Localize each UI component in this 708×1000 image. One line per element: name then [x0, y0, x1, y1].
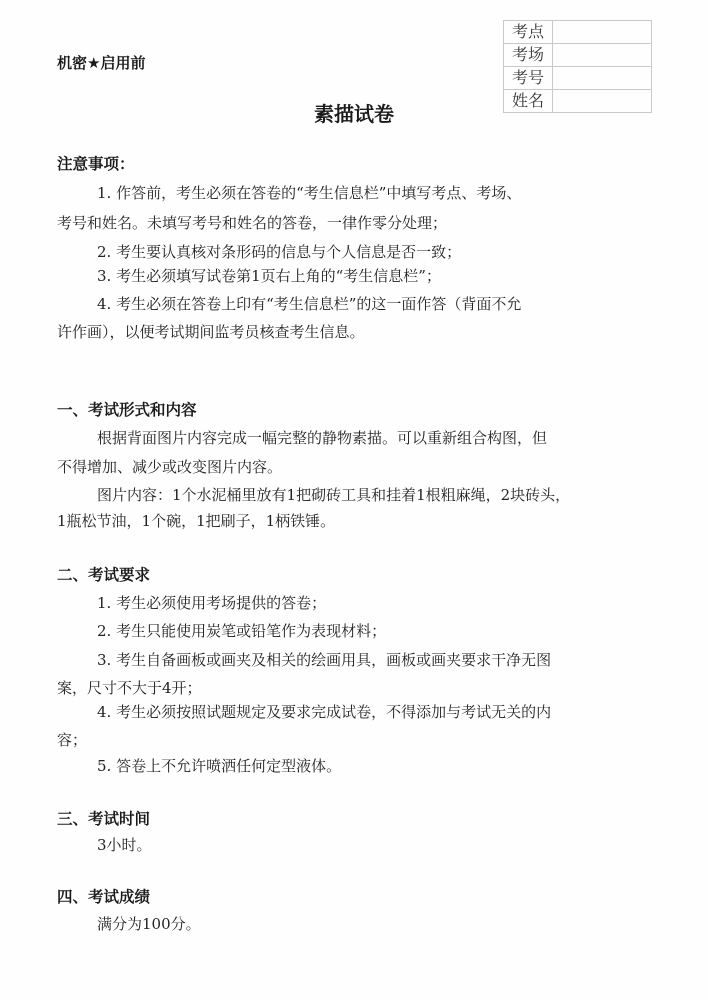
confidential-mark: 机密★启用前 [57, 52, 145, 73]
info-row-exam-room: 考场 [504, 44, 652, 67]
info-row-exam-site: 考点 [504, 21, 652, 44]
section-line: 案，尺寸不大于4开； [57, 677, 202, 698]
info-value-field[interactable] [553, 67, 652, 90]
section-line: 图片内容：1个水泥桶里放有1把砌砖工具和挂着1根粗麻绳，2块砖头， [97, 484, 570, 505]
notice-line: 3. 考生必须填写试卷第1页右上角的“考生信息栏”； [97, 265, 441, 286]
section-line: 1. 考生必须使用考场提供的答卷； [97, 592, 326, 613]
notice-line: 1. 作答前，考生必须在答卷的“考生信息栏”中填写考点、考场、 [97, 182, 521, 203]
section-line: 5. 答卷上不允许喷洒任何定型液体。 [97, 755, 341, 776]
info-row-exam-number: 考号 [504, 67, 652, 90]
page-title: 素描试卷 [0, 98, 708, 127]
section-heading: 二、考试要求 [57, 563, 150, 585]
section-line: 3. 考生自备画板或画夹及相关的绘画用具，画板或画夹要求干净无图 [97, 649, 551, 670]
info-label: 考场 [504, 44, 553, 67]
section-line: 满分为100分。 [97, 913, 201, 934]
section-line: 4. 考生必须按照试题规定及要求完成试卷，不得添加与考试无关的内 [97, 701, 551, 722]
section-line: 根据背面图片内容完成一幅完整的静物素描。可以重新组合构图，但 [97, 427, 547, 448]
notice-line: 2. 考生要认真核对条形码的信息与个人信息是否一致； [97, 241, 461, 262]
section-heading: 一、考试形式和内容 [57, 398, 197, 420]
info-value-field[interactable] [553, 44, 652, 67]
section-line: 3小时。 [97, 834, 152, 855]
section-line: 2. 考生只能使用炭笔或铅笔作为表现材料； [97, 620, 386, 641]
notice-line: 考号和姓名。未填写考号和姓名的答卷，一律作零分处理； [57, 212, 447, 233]
info-label: 考点 [504, 21, 553, 44]
section-line: 容； [57, 729, 87, 750]
section-line: 1瓶松节油，1个碗，1把刷子，1柄铁锤。 [57, 510, 335, 531]
notice-line: 4. 考生必须在答卷上印有“考生信息栏”的这一面作答（背面不允 [97, 293, 521, 314]
notice-line: 许作画），以便考试期间监考员核查考生信息。 [57, 321, 365, 342]
info-value-field[interactable] [553, 21, 652, 44]
notice-heading: 注意事项： [57, 152, 135, 174]
section-heading: 三、考试时间 [57, 807, 150, 829]
section-line: 不得增加、减少或改变图片内容。 [57, 456, 282, 477]
info-label: 考号 [504, 67, 553, 90]
section-heading: 四、考试成绩 [57, 885, 150, 907]
